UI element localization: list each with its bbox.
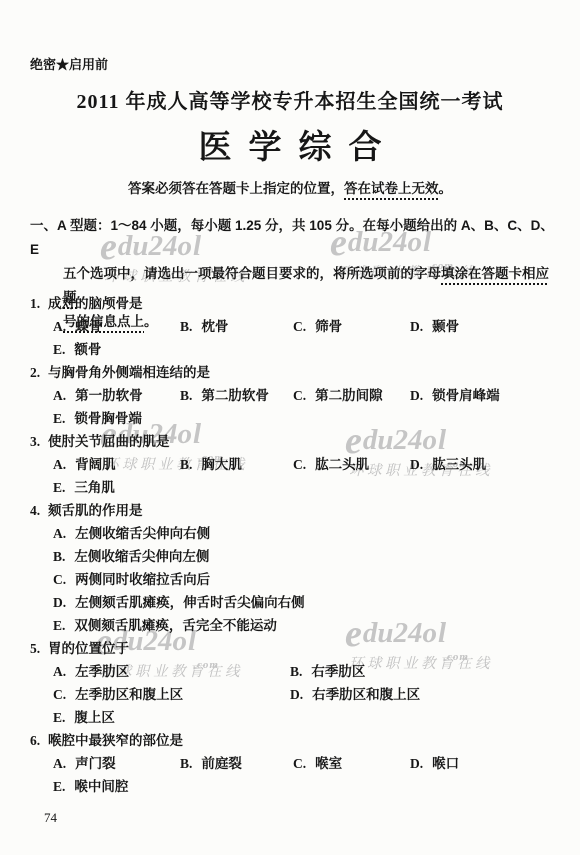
answer-note-suffix: 。	[439, 181, 453, 196]
option-label: D.	[53, 591, 66, 614]
option-text: 右季肋区和腹上区	[312, 687, 420, 702]
option-label: C.	[293, 453, 306, 476]
options-row: E.额骨	[30, 338, 558, 361]
option-text: 腹上区	[74, 710, 115, 725]
option-label: B.	[180, 752, 192, 775]
option-label: B.	[290, 660, 302, 683]
option-text: 颞骨	[432, 319, 459, 334]
option-C: C.喉室	[293, 752, 410, 775]
option-label: A.	[53, 453, 66, 476]
question-number: 1.	[30, 292, 48, 315]
option-E: E.额骨	[53, 342, 101, 357]
option-label: D.	[290, 683, 303, 706]
options-row: A.背阔肌B.胸大肌C.肱二头肌D.肱三头肌	[30, 453, 558, 476]
option-label: D.	[410, 315, 423, 338]
options-row: B.左侧收缩舌尖伸向左侧	[30, 545, 558, 568]
options-row: A.蝶骨B.枕骨C.筛骨D.颞骨	[30, 315, 558, 338]
option-D: D.颞骨	[410, 315, 558, 338]
question-number: 2.	[30, 361, 48, 384]
option-label: D.	[410, 384, 423, 407]
question-number: 4.	[30, 499, 48, 522]
options-row: A.左季肋区B.右季肋区	[30, 660, 558, 683]
option-D: D.肱三头肌	[410, 453, 558, 476]
option-E: E.双侧颏舌肌瘫痪，舌完全不能运动	[53, 618, 277, 633]
option-C: C.肱二头肌	[293, 453, 410, 476]
option-label: B.	[53, 545, 65, 568]
question-stem: 6.喉腔中最狭窄的部位是	[30, 729, 558, 752]
option-text: 胸大肌	[201, 457, 242, 472]
option-C: C.两侧同时收缩拉舌向后	[53, 572, 210, 587]
option-text: 右季肋区	[311, 664, 365, 679]
option-label: C.	[53, 568, 66, 591]
options-row: E.喉中间腔	[30, 775, 558, 798]
option-text: 肱二头肌	[315, 457, 369, 472]
option-label: C.	[293, 384, 306, 407]
option-text: 三角肌	[74, 480, 115, 495]
options-row: E.腹上区	[30, 706, 558, 729]
option-label: E.	[53, 775, 65, 798]
option-text: 肱三头肌	[432, 457, 486, 472]
option-C: C.筛骨	[293, 315, 410, 338]
option-label: A.	[53, 660, 66, 683]
question-stem: 4.颏舌肌的作用是	[30, 499, 558, 522]
options-row: C.两侧同时收缩拉舌向后	[30, 568, 558, 591]
options-row: A.第一肋软骨B.第二肋软骨C.第二肋间隙D.锁骨肩峰端	[30, 384, 558, 407]
option-label: D.	[410, 752, 423, 775]
option-label: C.	[293, 315, 306, 338]
option-A: A.声门裂	[53, 752, 180, 775]
question-4: 4.颏舌肌的作用是A.左侧收缩舌尖伸向右侧B.左侧收缩舌尖伸向左侧C.两侧同时收…	[30, 499, 558, 637]
option-D: D.锁骨肩峰端	[410, 384, 558, 407]
option-A: A.蝶骨	[53, 315, 180, 338]
question-5: 5.胃的位置位于A.左季肋区B.右季肋区C.左季肋区和腹上区D.右季肋区和腹上区…	[30, 637, 558, 729]
options-row: E.双侧颏舌肌瘫痪，舌完全不能运动	[30, 614, 558, 637]
question-stem-text: 喉腔中最狭窄的部位是	[48, 733, 183, 748]
page-number: 74	[44, 810, 57, 826]
option-text: 左侧颏舌肌瘫痪，伸舌时舌尖偏向右侧	[75, 595, 305, 610]
option-text: 两侧同时收缩拉舌向后	[75, 572, 210, 587]
option-label: C.	[293, 752, 306, 775]
options-row: C.左季肋区和腹上区D.右季肋区和腹上区	[30, 683, 558, 706]
options-row: A.声门裂B.前庭裂C.喉室D.喉口	[30, 752, 558, 775]
option-text: 第一肋软骨	[75, 388, 143, 403]
option-text: 喉室	[315, 756, 342, 771]
options-row: D.左侧颏舌肌瘫痪，伸舌时舌尖偏向右侧	[30, 591, 558, 614]
question-3: 3.使肘关节屈曲的肌是A.背阔肌B.胸大肌C.肱二头肌D.肱三头肌E.三角肌	[30, 430, 558, 499]
option-E: E.三角肌	[53, 480, 115, 495]
option-D: D.喉口	[410, 752, 558, 775]
option-text: 喉口	[432, 756, 459, 771]
option-D: D.左侧颏舌肌瘫痪，伸舌时舌尖偏向右侧	[53, 595, 305, 610]
option-E: E.腹上区	[53, 710, 115, 725]
option-text: 锁骨肩峰端	[432, 388, 500, 403]
question-2: 2.与胸骨角外侧端相连结的是A.第一肋软骨B.第二肋软骨C.第二肋间隙D.锁骨肩…	[30, 361, 558, 430]
option-E: E.喉中间腔	[53, 779, 128, 794]
section-header-line1: 一、A 型题：1～84 小题，每小题 1.25 分，共 105 分。在每小题给出…	[30, 214, 558, 262]
option-label: A.	[53, 384, 66, 407]
option-E: E.锁骨胸骨端	[53, 411, 142, 426]
option-label: C.	[53, 683, 66, 706]
option-A: A.左侧收缩舌尖伸向右侧	[53, 526, 210, 541]
option-label: E.	[53, 476, 65, 499]
option-text: 左侧收缩舌尖伸向左侧	[74, 549, 209, 564]
options-row: A.左侧收缩舌尖伸向右侧	[30, 522, 558, 545]
question-number: 6.	[30, 729, 48, 752]
option-text: 第二肋软骨	[201, 388, 269, 403]
option-B: B.第二肋软骨	[180, 384, 293, 407]
questions: 1.成对的脑颅骨是A.蝶骨B.枕骨C.筛骨D.颞骨E.额骨2.与胸骨角外侧端相连…	[30, 292, 558, 798]
option-text: 前庭裂	[201, 756, 242, 771]
option-text: 左季肋区	[75, 664, 129, 679]
option-label: A.	[53, 522, 66, 545]
option-B: B.右季肋区	[290, 660, 558, 683]
option-A: A.左季肋区	[53, 660, 290, 683]
option-label: D.	[410, 453, 423, 476]
question-stem: 1.成对的脑颅骨是	[30, 292, 558, 315]
option-C: C.左季肋区和腹上区	[53, 683, 290, 706]
answer-note: 答案必须答在答题卡上指定的位置，答在试卷上无效。	[0, 177, 580, 197]
option-label: E.	[53, 407, 65, 430]
option-B: B.前庭裂	[180, 752, 293, 775]
option-text: 第二肋间隙	[315, 388, 383, 403]
question-number: 5.	[30, 637, 48, 660]
answer-note-emphasis: 答在试卷上无效	[344, 181, 439, 196]
classification-label: 绝密★启用前	[30, 54, 108, 73]
options-row: E.锁骨胸骨端	[30, 407, 558, 430]
question-1: 1.成对的脑颅骨是A.蝶骨B.枕骨C.筛骨D.颞骨E.额骨	[30, 292, 558, 361]
question-stem: 3.使肘关节屈曲的肌是	[30, 430, 558, 453]
question-stem: 2.与胸骨角外侧端相连结的是	[30, 361, 558, 384]
option-label: B.	[180, 315, 192, 338]
option-D: D.右季肋区和腹上区	[290, 683, 558, 706]
question-stem-text: 使肘关节屈曲的肌是	[48, 434, 170, 449]
question-stem-text: 胃的位置位于	[48, 641, 129, 656]
option-B: B.左侧收缩舌尖伸向左侧	[53, 549, 209, 564]
option-label: E.	[53, 338, 65, 361]
question-stem: 5.胃的位置位于	[30, 637, 558, 660]
option-text: 左季肋区和腹上区	[75, 687, 183, 702]
option-label: A.	[53, 752, 66, 775]
scanned-exam-page: edu24ol.com环球职业教育在线edu24ol.com环球职业教育在线ed…	[0, 0, 580, 855]
option-label: E.	[53, 706, 65, 729]
section-line2-text: 五个选项中，请选出一项最符合题目要求的，将所选项前的字母	[63, 266, 441, 281]
option-text: 声门裂	[75, 756, 116, 771]
option-text: 双侧颏舌肌瘫痪，舌完全不能运动	[74, 618, 277, 633]
option-text: 左侧收缩舌尖伸向右侧	[75, 526, 210, 541]
options-row: E.三角肌	[30, 476, 558, 499]
option-label: E.	[53, 614, 65, 637]
exam-title: 2011 年成人高等学校专升本招生全国统一考试	[0, 85, 580, 114]
option-text: 额骨	[74, 342, 101, 357]
option-A: A.背阔肌	[53, 453, 180, 476]
option-A: A.第一肋软骨	[53, 384, 180, 407]
option-C: C.第二肋间隙	[293, 384, 410, 407]
question-6: 6.喉腔中最狭窄的部位是A.声门裂B.前庭裂C.喉室D.喉口E.喉中间腔	[30, 729, 558, 798]
option-B: B.枕骨	[180, 315, 293, 338]
option-label: A.	[53, 315, 66, 338]
option-text: 筛骨	[315, 319, 342, 334]
question-stem-text: 与胸骨角外侧端相连结的是	[48, 365, 210, 380]
option-text: 锁骨胸骨端	[74, 411, 142, 426]
subject-title: 医学综合	[0, 121, 580, 168]
option-label: B.	[180, 384, 192, 407]
question-stem-text: 颏舌肌的作用是	[48, 503, 143, 518]
option-text: 背阔肌	[75, 457, 116, 472]
option-text: 喉中间腔	[74, 779, 128, 794]
question-number: 3.	[30, 430, 48, 453]
option-text: 蝶骨	[75, 319, 102, 334]
option-label: B.	[180, 453, 192, 476]
answer-note-prefix: 答案必须答在答题卡上指定的位置，	[128, 181, 344, 196]
question-stem-text: 成对的脑颅骨是	[48, 296, 143, 311]
option-text: 枕骨	[201, 319, 228, 334]
option-B: B.胸大肌	[180, 453, 293, 476]
